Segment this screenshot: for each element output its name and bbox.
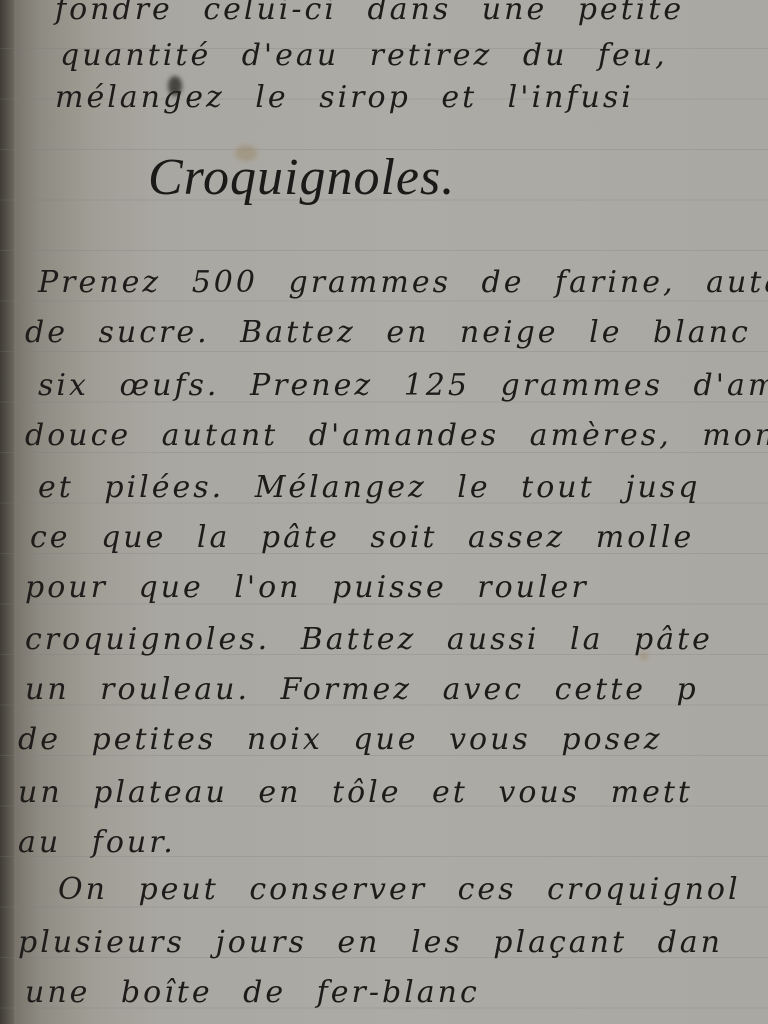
recipe-line-15: une boîte de fer-blanc <box>25 975 480 1010</box>
recipe-line-4: douce autant d'amandes amères, mond <box>25 418 768 453</box>
recipe-line-2: de sucre. Battez en neige le blanc <box>25 315 751 350</box>
prev-recipe-line-2: quantité d'eau retirez du feu, <box>60 38 668 73</box>
recipe-line-10: de petites noix que vous posez <box>18 722 663 757</box>
prev-recipe-line-1: fondre celui-ci dans une petite <box>55 0 684 27</box>
notebook-page: fondre celui-ci dans une petite quantité… <box>0 0 768 1024</box>
recipe-line-14: plusieurs jours en les plaçant dan <box>18 925 723 960</box>
recipe-line-9: un rouleau. Formez avec cette p <box>25 672 699 707</box>
recipe-line-8: croquignoles. Battez aussi la pâte <box>25 622 713 657</box>
prev-recipe-line-3: mélangez le sirop et l'infusi <box>55 80 634 115</box>
recipe-line-5: et pilées. Mélangez le tout jusq <box>38 470 700 505</box>
recipe-line-7: pour que l'on puisse rouler <box>25 570 589 605</box>
recipe-line-13: On peut conserver ces croquignol <box>58 872 741 907</box>
recipe-line-11: un plateau en tôle et vous mett <box>18 775 693 810</box>
recipe-title: Croquignoles. <box>148 148 455 207</box>
recipe-line-6: ce que la pâte soit assez molle <box>30 520 694 555</box>
recipe-line-1: Prenez 500 grammes de farine, autant <box>38 265 768 300</box>
recipe-line-3: six œufs. Prenez 125 grammes d'aman <box>38 368 768 403</box>
recipe-line-12: au four. <box>18 825 176 860</box>
